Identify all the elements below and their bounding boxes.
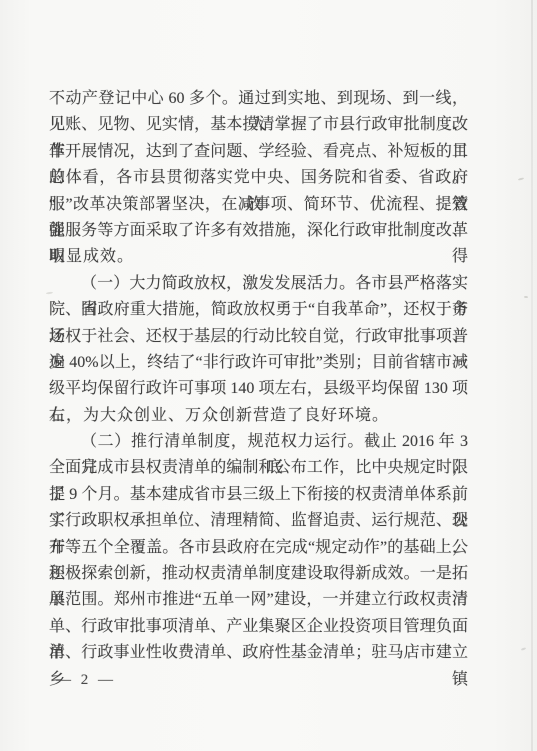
document-page: 不动产登记中心 60 多个。通过到实地、到现场、到一线，见人、见账、见物、见实情… (0, 0, 537, 751)
text-line: （一）大力简政放权，激发发展活力。各市县严格落实国务 (49, 271, 468, 297)
text-line: 服”改革决策部署坚决，在减事项、简环节、优流程、提效能、 (49, 192, 468, 218)
scan-edge-line (531, 0, 533, 751)
body-text: 不动产登记中心 60 多个。通过到实地、到现场、到一线，见人、见账、见物、见实情… (49, 86, 468, 667)
text-line: 了行政职权承担单位、清理精简、监督追责、运行规范、公开公 (49, 508, 468, 534)
text-line: 了 9 个月。基本建成省市县三级上下衔接的权责清单体系，实现 (49, 482, 468, 508)
text-line: 作开展情况，达到了查问题、学经验、看亮点、补短板的目的。 (49, 139, 468, 165)
text-line: 单范围。郑州市推进“五单一网”建设，一并建立行政权责清 (49, 587, 468, 613)
text-line: 总体看，各市县贯彻落实党中央、国务院和省委、省政府“放管 (49, 165, 468, 191)
scan-speck (524, 296, 528, 299)
text-line: 全面完成市县权责清单的编制和公布工作，比中央规定时限提前 (49, 455, 468, 481)
text-line: 积极探索创新，推动权责清单制度建设取得新成效。一是拓展清 (49, 561, 468, 587)
text-line: 布等五个全覆盖。各市县政府在完成“规定动作”的基础上，还 (49, 535, 468, 561)
scan-speck (518, 177, 524, 180)
text-line: 单、行政事业性收费清单、政府性基金清单；驻马店市建立乡镇 (49, 640, 468, 666)
text-line: 强服务等方面采取了许多有效措施，深化行政审批制度改革取得 (49, 218, 468, 244)
text-line: 还权于社会、还权于基层的行动比较自觉，行政审批事项普遍减 (49, 324, 468, 350)
text-line: 不动产登记中心 60 多个。通过到实地、到现场、到一线，见人、 (49, 86, 468, 112)
text-line: （二）推行清单制度，规范权力运行。截止 2016 年 3 月底， (49, 429, 468, 455)
text-line: 级平均保留行政许可事项 140 项左右，县级平均保留 130 项左 (49, 376, 468, 402)
text-line: 单、行政审批事项清单、产业集聚区企业投资项目管理负面清 (49, 614, 468, 640)
text-line: 右，为大众创业、万众创新营造了良好环境。 (49, 403, 468, 429)
scan-speck (521, 647, 526, 651)
text-line: 见账、见物、见实情，基本摸清掌握了市县行政审批制度改革工 (49, 112, 468, 138)
page-number: — 2 — (56, 670, 116, 690)
text-line: 院、省政府重大措施，简政放权勇于“自我革命”，还权于市场、 (49, 297, 468, 323)
text-line: 少 40%以上，终结了“非行政许可审批”类别；目前省辖市一 (49, 350, 468, 376)
